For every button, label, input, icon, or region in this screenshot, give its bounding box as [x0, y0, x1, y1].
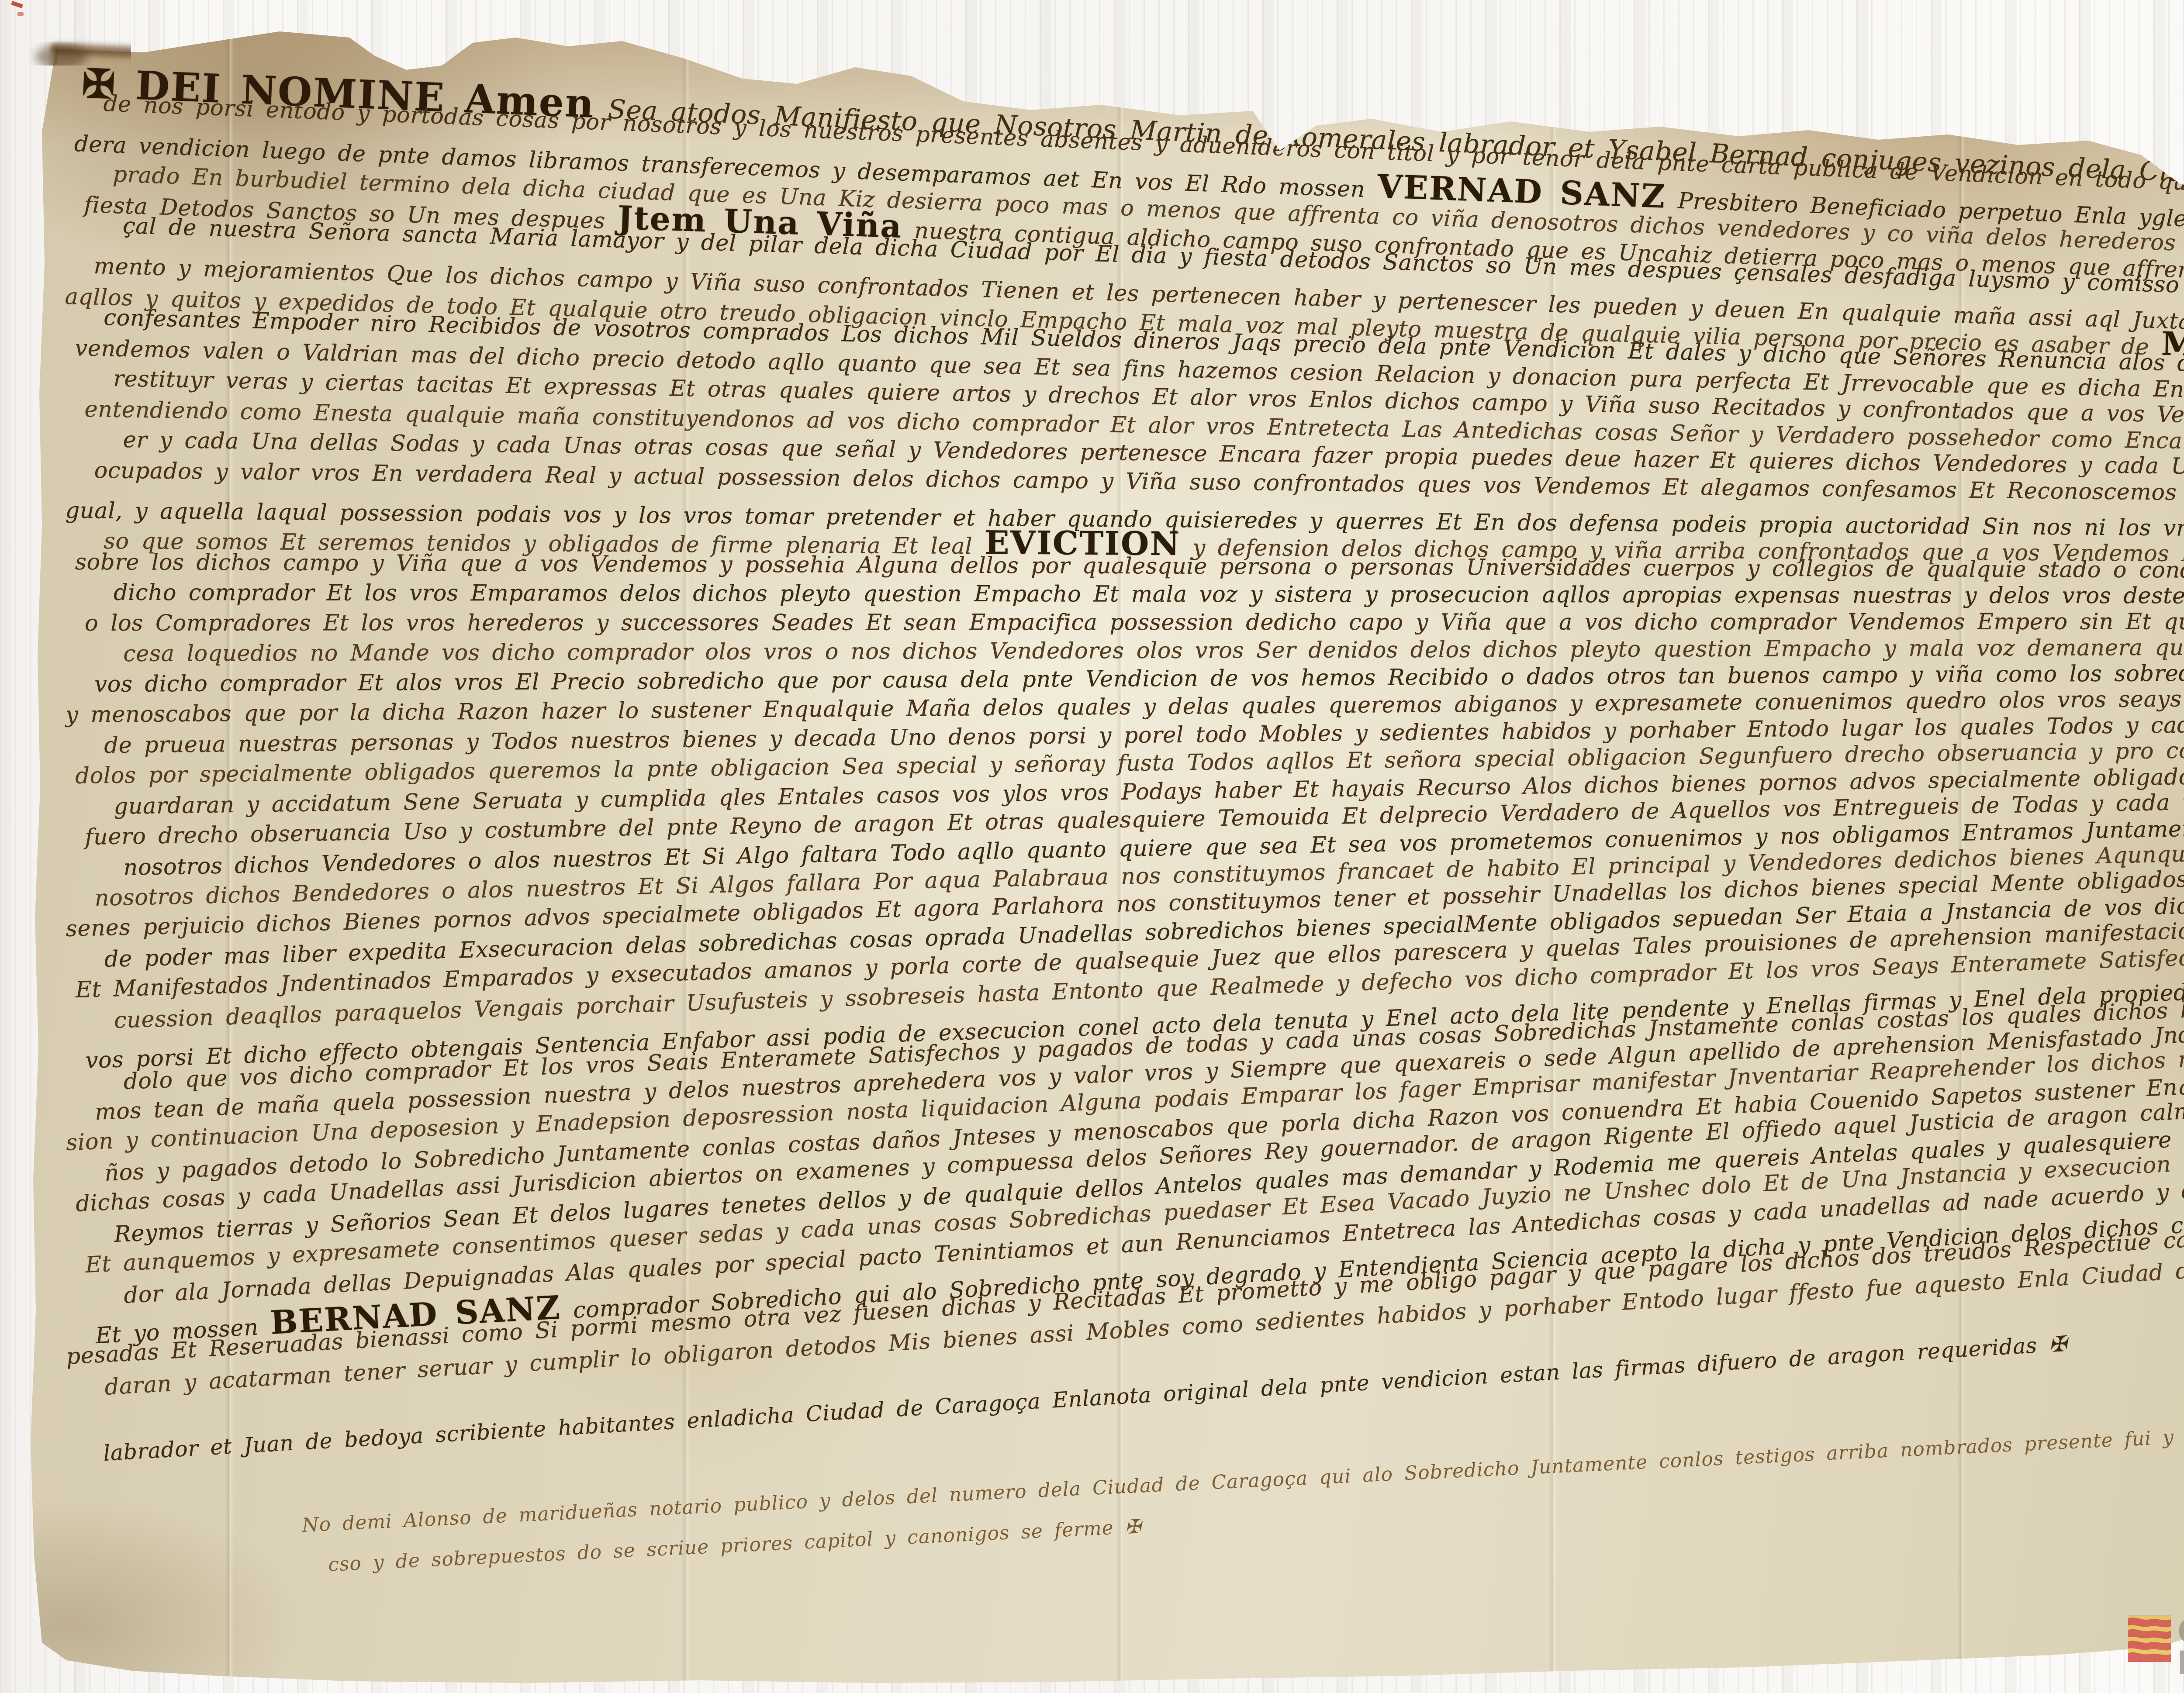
manuscript-line: o los Compradores Et los vros herederos … — [85, 608, 2184, 636]
scan-artifact-speck — [17, 12, 24, 16]
manuscript-line: cesa loquedios no Mande vos dicho compra… — [123, 631, 2184, 667]
gobierno-aragon-watermark: GOBIERNO DE ARAGON — [2128, 1616, 2184, 1679]
manuscript-line: dicho comprador Et los vros Emparamos de… — [114, 580, 2184, 611]
watermark-text-line1: GOBIERNO — [2178, 1616, 2184, 1647]
watermark-text-line2: DE ARAGON — [2178, 1647, 2184, 1679]
aragon-flag-icon — [2128, 1616, 2171, 1662]
manuscript-text-layer: ✠ DEI NOMINE Amen Sea atodos Manifiesto … — [0, 0, 2184, 1693]
